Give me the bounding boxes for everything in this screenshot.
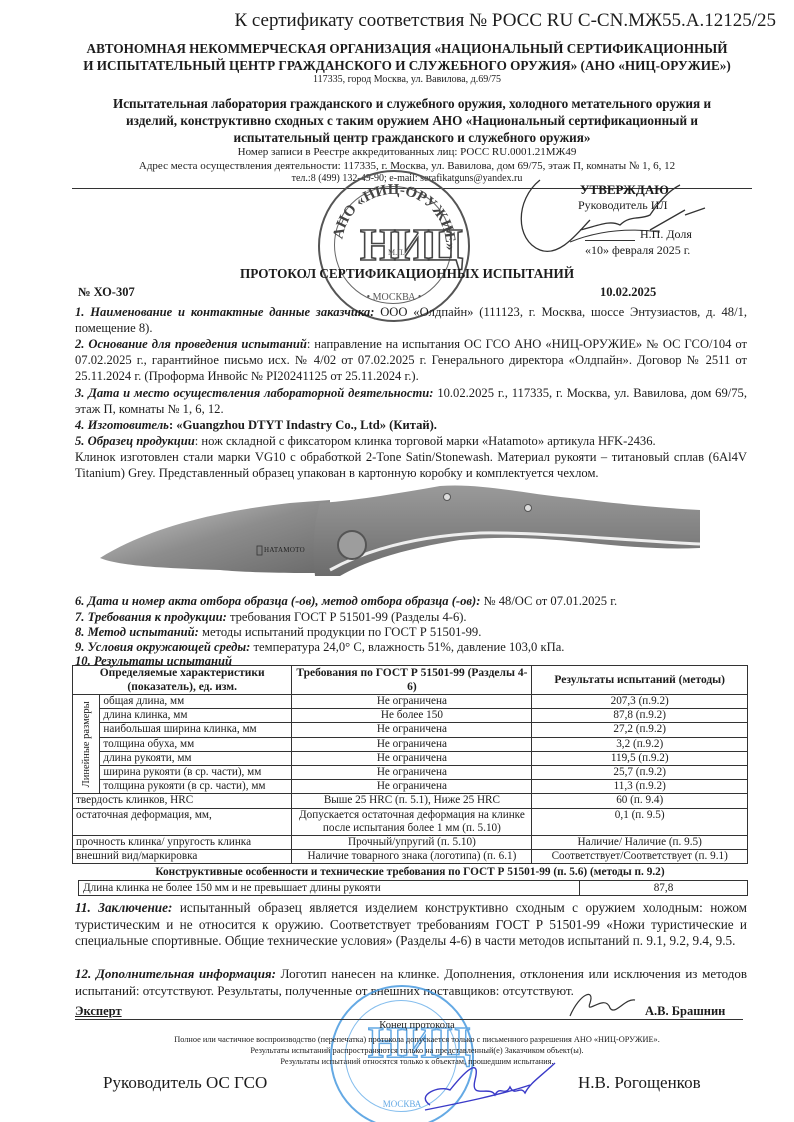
cell-name: ширина рукояти (в ср. части), мм [100,766,292,780]
lab-name-line1: Испытательная лаборатория гражданского и… [80,95,744,112]
organization-name: АВТОНОМНАЯ НЕКОММЕРЧЕСКАЯ ОРГАНИЗАЦИЯ «Н… [60,40,754,74]
cell-req: Не ограничена [292,737,532,751]
section-basis: 2. Основание для проведения испытаний: н… [75,336,747,384]
cell-result: Соответствует/Соответствует (п. 9.1) [532,850,748,864]
scope-note: Результаты испытаний распространяются то… [0,1046,794,1055]
section-test-method: 8. Метод испытаний: методы испытаний про… [75,624,747,640]
cell-req: Допускается остаточная деформация на кли… [292,808,532,835]
cell-result: 0,1 (п. 9.5) [532,808,748,835]
table-row: твердость клинков, HRCВыше 25 HRC (п. 5.… [73,794,748,808]
expert-signature [560,988,640,1020]
constructive-table: Длина клинка не более 150 мм и не превыш… [78,880,748,896]
organization-stamp: АНО «НИЦ-ОРУЖИЕ» • МОСКВА • НИЦ М.П. [318,170,470,322]
cell-result: 3,2 (п.9.2) [532,737,748,751]
cell-result: 25,7 (п.9.2) [532,766,748,780]
table-row: ширина рукояти (в ср. части), ммНе огран… [73,766,748,780]
stamp-center-text: НИЦ [360,218,461,271]
cell-name: длина рукояти, мм [100,751,292,765]
header-characteristics: Определяемые характеристики (показатель)… [73,666,292,695]
table-row: прочность клинка/ упругость клинкаПрочны… [73,836,748,850]
protocol-date: 10.02.2025 [600,285,656,300]
org-name-line2: И ИСПЫТАТЕЛЬНЫЙ ЦЕНТР ГРАЖДАНСКОГО И СЛУ… [60,57,754,74]
laboratory-name: Испытательная лаборатория гражданского и… [80,95,744,146]
group-label: Линейные размеры [73,695,100,794]
head-signature [410,1055,560,1115]
certificate-reference: К сертификату соответствия № РОСС RU C-C… [0,10,776,32]
cell-result: 207,3 (п.9.2) [532,695,748,709]
table-row: Длина клинка не более 150 мм и не превыш… [79,881,748,896]
cell-req: Не более 150 [292,709,532,723]
cell-name: толщина обуха, мм [100,737,292,751]
cell-result: 11,3 (п.9.2) [532,780,748,794]
cell-name: твердость клинков, HRC [73,794,292,808]
approval-sign-line [585,240,635,241]
end-of-protocol: Конец протокола [0,1020,794,1031]
cell-req: Не ограничена [292,780,532,794]
table-row: Линейные размерыобщая длина, ммНе ограни… [73,695,748,709]
lab-name-line2: изделий, конструктивно сходных с таким о… [80,112,744,129]
approval-date: «10» февраля 2025 г. [585,243,690,258]
protocol-title: ПРОТОКОЛ СЕРТИФИКАЦИОННЫХ ИСПЫТАНИЙ [240,266,574,282]
head-of-certification-body-name: Н.В. Рогощенков [578,1073,701,1093]
cell-result: 119,5 (п.9.2) [532,751,748,765]
table-row: длина клинка, ммНе более 15087,8 (п.9.2) [73,709,748,723]
reproduction-note: Полное или частичное воспроизводство (пе… [0,1035,794,1044]
cell-name: прочность клинка/ упругость клинка [73,836,292,850]
cell-name: внешний вид/маркировка [73,850,292,864]
cell-result: 27,2 (п.9.2) [532,723,748,737]
expert-name: А.В. Брашнин [645,1004,725,1019]
cell-result: 60 (п. 9.4) [532,794,748,808]
header-results: Результаты испытаний (методы) [532,666,748,695]
section-sample: 5. Образец продукции: нож складной с фик… [75,433,747,481]
constructive-title: Конструктивные особенности и технические… [72,866,748,878]
stamp-mp: М.П. [388,248,405,257]
svg-text:• МОСКВА •: • МОСКВА • [367,292,422,303]
knife-logo: HATAMOTO [264,546,305,554]
cell-req: Не ограничена [292,723,532,737]
org-name-line1: АВТОНОМНАЯ НЕКОММЕРЧЕСКАЯ ОРГАНИЗАЦИЯ «Н… [60,40,754,57]
expert-label: Эксперт [75,1004,122,1019]
cell-name: общая длина, мм [100,695,292,709]
cell-name: толщина рукояти (в ср. части), мм [100,780,292,794]
section-conclusion: 11. Заключение: испытанный образец являе… [75,900,747,950]
constructive-value: 87,8 [580,881,748,896]
section-customer: 1. Наименование и контактные данные зака… [75,304,747,336]
cell-req: Наличие товарного знака (логотипа) (п. 6… [292,850,532,864]
section-requirements: 7. Требования к продукции: требования ГО… [75,609,747,625]
knife-photo [100,478,700,578]
cell-req: Выше 25 HRC (п. 5.1), Ниже 25 HRC [292,794,532,808]
cell-req: Не ограничена [292,766,532,780]
approver-name: Н.П. Доля [640,227,692,242]
cell-req: Прочный/упругий (п. 5.10) [292,836,532,850]
table-row: длина рукояти, ммНе ограничена119,5 (п.9… [73,751,748,765]
organization-address: 117335, город Москва, ул. Вавилова, д.69… [60,74,754,85]
cell-result: Наличие/ Наличие (п. 9.5) [532,836,748,850]
table-header-row: Определяемые характеристики (показатель)… [73,666,748,695]
section-manufacturer: 4. Изготовитель: «Guangzhou DTYT Indastr… [75,417,747,433]
objects-note: Результаты испытаний относятся только к … [0,1057,794,1066]
table-row: наибольшая ширина клинка, ммНе ограничен… [73,723,748,737]
results-table: Определяемые характеристики (показатель)… [72,665,748,864]
cell-name: наибольшая ширина клинка, мм [100,723,292,737]
cell-req: Не ограничена [292,695,532,709]
lab-registry-number: Номер записи в Реестре аккредитованных л… [60,146,754,158]
head-of-certification-body-label: Руководитель ОС ГСО [103,1073,267,1093]
cell-name: остаточная деформация, мм, [73,808,292,835]
constructive-label: Длина клинка не более 150 мм и не превыш… [79,881,580,896]
table-row: остаточная деформация, мм,Допускается ос… [73,808,748,835]
cell-result: 87,8 (п.9.2) [532,709,748,723]
section-date-place: 3. Дата и место осуществления лабораторн… [75,385,747,417]
table-row: толщина рукояти (в ср. части), ммНе огра… [73,780,748,794]
lab-name-line3: испытательный центр гражданского и служе… [80,129,744,146]
section-sampling: 6. Дата и номер акта отбора образца (-ов… [75,593,747,609]
table-row: внешний вид/маркировкаНаличие товарного … [73,850,748,864]
table-row: толщина обуха, ммНе ограничена3,2 (п.9.2… [73,737,748,751]
cell-req: Не ограничена [292,751,532,765]
protocol-number: № ХО-307 [78,285,135,300]
header-requirements: Требования по ГОСТ Р 51501-99 (Разделы 4… [292,666,532,695]
cell-name: длина клинка, мм [100,709,292,723]
